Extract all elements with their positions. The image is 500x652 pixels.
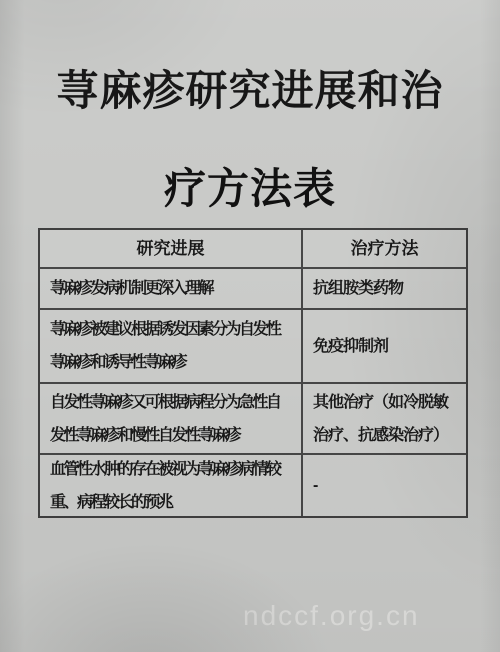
watermark: ndccf.org.cn <box>243 600 420 632</box>
column-header-treatment-method: 治疗方法 <box>303 230 466 269</box>
page-title-line-2: 疗方法表 <box>0 156 500 216</box>
column-header-research-progress: 研究进展 <box>40 230 303 269</box>
page-title-line-1: 荨麻疹研究进展和治 <box>0 58 500 118</box>
research-treatment-table: 研究进展 治疗方法 荨麻疹发病机制更深入理解 抗组胺类药物 荨麻疹被建议根据诱发… <box>38 228 468 518</box>
table-row-1-progress: 荨麻疹发病机制更深入理解 <box>40 269 303 310</box>
table-row-3-progress: 自发性荨麻疹又可根据病程分为急性自发性荨麻疹和慢性自发性荨麻疹 <box>40 384 303 455</box>
table-row-3-treatment: 其他治疗（如冷脱敏治疗、抗感染治疗） <box>303 384 466 455</box>
table-row-1-treatment: 抗组胺类药物 <box>303 269 466 310</box>
table-row-4-progress: 血管性水肿的存在被视为荨麻疹病情较重、病程较长的预兆 <box>40 455 303 516</box>
table-row-2-treatment: 免疫抑制剂 <box>303 310 466 384</box>
table-row-4-treatment: - <box>303 455 466 516</box>
table-row-2-progress: 荨麻疹被建议根据诱发因素分为自发性荨麻疹和诱导性荨麻疹 <box>40 310 303 384</box>
